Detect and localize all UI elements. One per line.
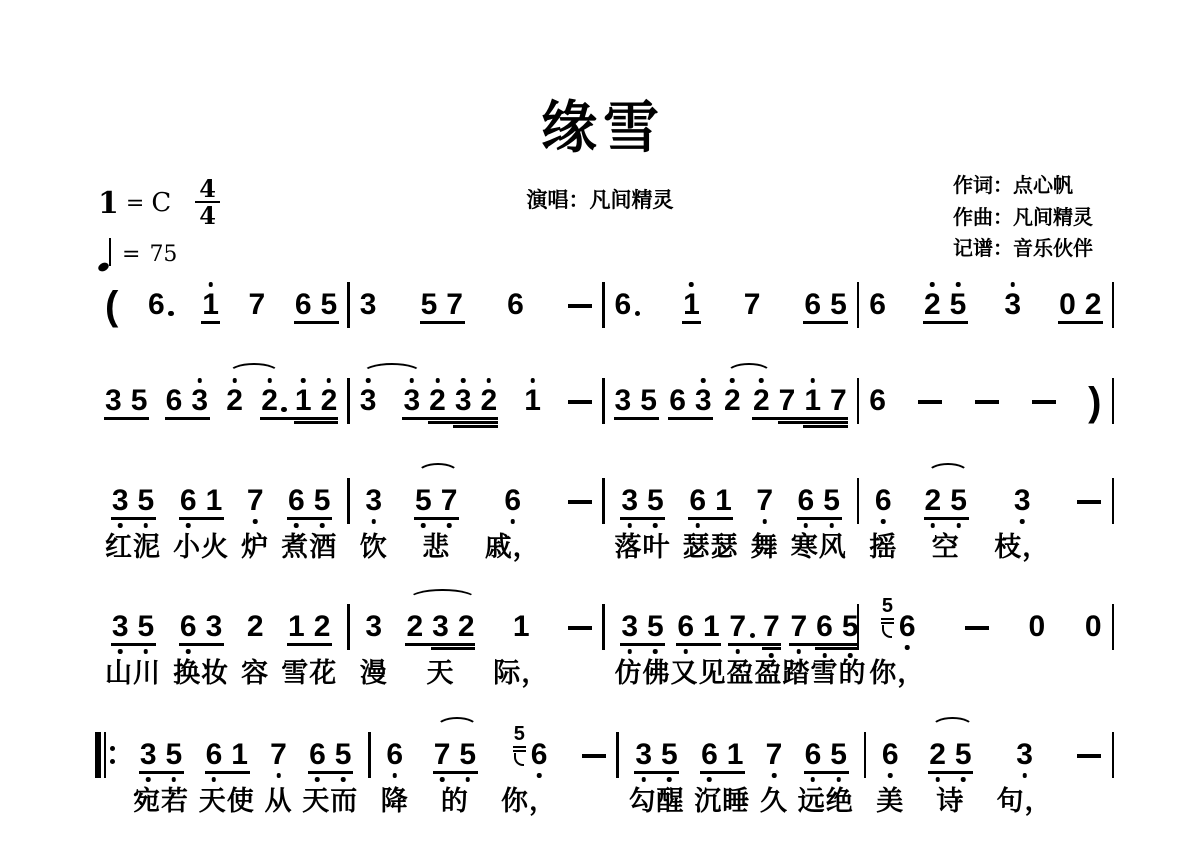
measure: 35山川63换妆2容12雪花 <box>95 612 347 690</box>
note: 2 <box>924 290 941 320</box>
grace-hook <box>882 625 892 638</box>
note: 6 <box>875 486 892 516</box>
note: 5 <box>950 486 967 516</box>
octave-dot-low <box>118 523 123 528</box>
note: 3 <box>140 740 157 770</box>
lyric-text: 红泥 <box>105 530 161 564</box>
note: 1 <box>513 612 530 642</box>
note-group: 6 <box>869 386 886 416</box>
note-digits: 2 <box>724 386 741 416</box>
note: 3 <box>621 486 638 516</box>
notes-row: 35山川63换妆2容12雪花3漫232天1际，35仿佛61又见77盈盈765踏雪… <box>95 612 1114 690</box>
note: 3 <box>360 386 377 416</box>
note: 6 <box>805 740 822 770</box>
lyric-text: 摇 <box>869 530 897 564</box>
octave-dot-high <box>208 282 213 287</box>
octave-dot-low <box>772 773 777 778</box>
note: 6 <box>677 612 694 642</box>
note-group: 6 <box>615 290 640 320</box>
octave-dot-high <box>301 378 306 383</box>
beam-line <box>453 425 498 428</box>
note-digits: 65 <box>805 740 847 770</box>
lyric-text: 雪花 <box>281 656 337 690</box>
beam-line <box>752 417 848 420</box>
note: 6 <box>309 740 326 770</box>
note-group: 63换妆 <box>173 612 229 690</box>
note-digits: 1 <box>524 386 541 416</box>
note-digits: 25 <box>929 740 971 770</box>
note-digits: 7 <box>249 290 266 320</box>
grace-note: 5 <box>879 612 895 642</box>
note: 0 <box>1085 612 1102 642</box>
lyric-text: 戚， <box>485 530 541 564</box>
octave-dot-high <box>487 378 492 383</box>
duration-dash <box>568 626 592 631</box>
octave-dot-low <box>1020 519 1025 524</box>
duration-dash <box>1032 400 1056 405</box>
score-line: 35宛若61天使7从65天而6降75的56你，35勾醒61沉睡7久65远绝6美2… <box>95 714 1114 818</box>
beam-line <box>405 643 475 646</box>
note-digits: 3 <box>1016 740 1033 770</box>
lyric-text: 句， <box>997 784 1053 818</box>
score-area: (617653576617656253023563221233232135632… <box>0 0 1200 850</box>
note: 5 <box>138 612 155 642</box>
note: 6 <box>288 486 305 516</box>
notes-row: (61765357661765625302 <box>95 290 1114 328</box>
note-group: 35仿佛 <box>615 612 671 690</box>
note: 7 <box>729 612 746 642</box>
note: 5 <box>830 740 847 770</box>
note: 7 <box>744 290 761 320</box>
octave-dot-low <box>294 523 299 528</box>
note: 2 <box>724 386 741 416</box>
note: 7 <box>441 486 458 516</box>
note-group: 765踏雪的 <box>783 612 867 690</box>
beam-line <box>179 643 224 646</box>
note: 3 <box>621 612 638 642</box>
octave-dot-high <box>530 378 535 383</box>
score-line: 35红泥61小火7炉65煮酒3饮57悲6戚，35落叶61瑟瑟7舞65寒风6摇25… <box>95 460 1114 564</box>
note-group: 7 <box>744 290 761 320</box>
note-digits: 6 <box>869 290 886 320</box>
octave-dot-low <box>1022 773 1027 778</box>
note-group: 35红泥 <box>105 486 161 564</box>
grace-beam <box>513 746 526 748</box>
octave-dot-high <box>435 378 440 383</box>
lyric-text: 天而 <box>302 784 358 818</box>
dash-unit <box>568 486 592 552</box>
octave-dot-low <box>667 777 672 782</box>
note-group: 7久 <box>760 740 788 818</box>
note-group: 6 <box>148 290 173 320</box>
note-digits: 63 <box>180 612 222 642</box>
note: 5 <box>950 290 967 320</box>
lyric-text: 炉 <box>241 530 269 564</box>
note-group: 7舞 <box>751 486 779 564</box>
note-digits: 75 <box>434 740 476 770</box>
measure: (61765 <box>95 290 347 326</box>
beam-line <box>420 321 465 324</box>
slur-arc <box>417 463 459 484</box>
note-digits: 1 <box>202 290 219 320</box>
note-group: 61小火 <box>173 486 229 564</box>
note-group: 0 <box>1085 612 1102 690</box>
repeat-sign-start <box>95 732 115 778</box>
note-digits: 56 <box>511 740 548 770</box>
dash-unit <box>1077 486 1101 552</box>
lyric-text: 悲 <box>422 530 450 564</box>
note: 6 <box>386 740 403 770</box>
note-digits: 6 <box>869 386 886 416</box>
note-group: 65煮酒 <box>281 486 337 564</box>
note-digits: 12 <box>288 612 330 642</box>
octave-dot-high <box>810 378 815 383</box>
octave-dot-low <box>811 777 816 782</box>
octave-dot-low <box>627 523 632 528</box>
note-digits: 77 <box>729 612 779 642</box>
note: 7 <box>247 486 264 516</box>
note-digits: 57 <box>415 486 457 516</box>
measure: 35落叶61瑟瑟7舞65寒风 <box>605 486 857 564</box>
octave-dot-low <box>683 649 688 654</box>
measure: 356322717 <box>605 386 857 416</box>
note-group: 25诗 <box>929 740 971 818</box>
octave-dot-low <box>118 649 123 654</box>
lyric-text: 枝， <box>994 530 1050 564</box>
note-digits: 65 <box>295 290 337 320</box>
note: 3 <box>105 386 122 416</box>
note-digits: 61 <box>677 612 719 642</box>
grace-note-digit: 5 <box>882 597 893 615</box>
beam-line <box>104 417 149 420</box>
note: 5 <box>166 740 183 770</box>
octave-dot-low <box>537 773 542 778</box>
note-group: 6 <box>869 290 886 320</box>
note-group: 65 <box>295 290 337 320</box>
beam-line <box>682 321 701 324</box>
note: 2 <box>247 612 264 642</box>
notes-row: 35红泥61小火7炉65煮酒3饮57悲6戚，35落叶61瑟瑟7舞65寒风6摇25… <box>95 486 1114 564</box>
note: 7 <box>434 740 451 770</box>
note-group: 77盈盈 <box>727 612 783 690</box>
note-group: 56你， <box>501 740 557 818</box>
octave-dot-low <box>653 523 658 528</box>
octave-dot-low <box>276 773 281 778</box>
grace-hook <box>514 753 524 766</box>
note-group: 3句， <box>997 740 1053 818</box>
octave-dot-low <box>961 777 966 782</box>
note-group: 35 <box>615 386 657 416</box>
note-group: 35落叶 <box>615 486 671 564</box>
lyric-text: 仿佛 <box>615 656 671 690</box>
octave-dot-low <box>253 519 258 524</box>
octave-dot-low <box>144 523 149 528</box>
beam-line <box>287 643 332 646</box>
note: 5 <box>321 290 338 320</box>
note-group: 65寒风 <box>791 486 847 564</box>
augmentation-dot <box>635 311 641 317</box>
note-group: 1 <box>202 290 219 320</box>
barline <box>1112 282 1115 328</box>
note: 5 <box>640 386 657 416</box>
note: 3 <box>615 386 632 416</box>
note-digits: 63 <box>166 386 208 416</box>
note-group: 61沉睡 <box>694 740 750 818</box>
beam-line <box>1058 321 1103 324</box>
lyric-text: 你， <box>869 656 925 690</box>
measure: 35红泥61小火7炉65煮酒 <box>95 486 347 564</box>
lyric-text: 远绝 <box>798 784 854 818</box>
beam-line <box>260 417 338 420</box>
sheet-music-page: 缘雪 演唱：凡间精灵 作词：点心帆 作曲：凡间精灵 记谱：音乐伙伴 1 = C … <box>0 0 1200 850</box>
note: 7 <box>763 612 780 642</box>
note: 1 <box>727 740 744 770</box>
note: 3 <box>635 740 652 770</box>
note-group: 0 <box>1029 612 1046 690</box>
note-digits: 3 <box>365 612 382 642</box>
note: 3 <box>455 386 472 416</box>
note: 5 <box>421 290 438 320</box>
beam-line <box>928 771 973 774</box>
note: 0 <box>1059 290 1076 320</box>
note-group: 56你， <box>869 612 925 690</box>
lyric-text: 换妆 <box>173 656 229 690</box>
note: 5 <box>131 386 148 416</box>
note: 1 <box>231 740 248 770</box>
dash-unit <box>1077 740 1101 806</box>
grace-beam <box>881 618 894 620</box>
measure: 6美25诗3句， <box>866 740 1111 818</box>
note-digits: 7 <box>744 290 761 320</box>
beam-line <box>762 647 781 650</box>
octave-dot-low <box>372 519 377 524</box>
augmentation-dot <box>281 407 287 413</box>
slur-arc <box>931 717 973 738</box>
beam-line <box>287 517 332 520</box>
lyric-text: 你， <box>501 784 557 818</box>
note: 5 <box>415 486 432 516</box>
duration-dash <box>965 626 989 631</box>
lyric-text: 又见 <box>671 656 727 690</box>
beam-line <box>676 643 721 646</box>
note-digits: 765 <box>790 612 858 642</box>
beam-line <box>789 643 859 646</box>
octave-dot-low <box>762 519 767 524</box>
note: 3 <box>365 486 382 516</box>
octave-dot-low <box>848 653 853 658</box>
duration-dash <box>582 754 606 759</box>
note-digits: 35 <box>140 740 182 770</box>
note-group: 6 <box>507 290 524 320</box>
beam-line <box>294 421 338 424</box>
octave-dot-low <box>804 523 809 528</box>
note: 6 <box>701 740 718 770</box>
beam-line <box>803 321 848 324</box>
octave-dot-low <box>888 773 893 778</box>
note: 2 <box>925 486 942 516</box>
measure: 6降75的56你， <box>371 740 616 818</box>
octave-dot-low <box>797 649 802 654</box>
duration-dash <box>568 400 592 405</box>
beam-line <box>803 425 848 428</box>
note: 6 <box>180 612 197 642</box>
note: 7 <box>249 290 266 320</box>
measure: 35勾醒61沉睡7久65远绝 <box>619 740 864 818</box>
note: 0 <box>1029 612 1046 642</box>
note-group: 2 <box>226 386 243 416</box>
octave-dot-low <box>146 777 151 782</box>
lyric-text: 空 <box>932 530 960 564</box>
note: 5 <box>955 740 972 770</box>
note: 5 <box>842 612 859 642</box>
note: 7 <box>446 290 463 320</box>
note-group: 3 <box>360 386 377 416</box>
note-group: 63 <box>669 386 711 416</box>
note: 3 <box>365 612 382 642</box>
note: 6 <box>804 290 821 320</box>
note-digits: 6 <box>148 290 173 320</box>
note: 2 <box>321 386 338 416</box>
beam-line <box>294 321 339 324</box>
note-group: 3枝， <box>994 486 1050 564</box>
note-group: 65远绝 <box>798 740 854 818</box>
beam-line <box>634 771 679 774</box>
note-digits: 7 <box>270 740 287 770</box>
octave-dot-low <box>695 523 700 528</box>
duration-dash <box>568 500 592 505</box>
octave-dot-low <box>905 645 910 650</box>
augmentation-dot <box>168 311 174 317</box>
note-digits: 35 <box>112 486 154 516</box>
lyric-text: 山川 <box>105 656 161 690</box>
octave-dot-low <box>186 649 191 654</box>
note-group: 35山川 <box>105 612 161 690</box>
note: 6 <box>869 290 886 320</box>
note-group: 75的 <box>434 740 476 818</box>
measure: 56你，00 <box>859 612 1111 690</box>
note-group: 63 <box>166 386 208 416</box>
note: 5 <box>647 486 664 516</box>
note-digits: 6 <box>504 486 521 516</box>
note-digits: 7 <box>247 486 264 516</box>
note-group: 1际， <box>493 612 549 690</box>
note-digits: 25 <box>924 290 966 320</box>
note-digits: 6 <box>386 740 403 770</box>
note: 6 <box>166 386 183 416</box>
octave-dot-low <box>320 523 325 528</box>
note-group: 6戚， <box>485 486 541 564</box>
note-group: 212 <box>261 386 337 416</box>
note: 3 <box>695 386 712 416</box>
note: 3 <box>1016 740 1033 770</box>
measure: 625302 <box>859 290 1111 320</box>
measure: 35632212 <box>95 386 347 416</box>
note-group: 25空 <box>925 486 967 564</box>
lyric-text: 寒风 <box>791 530 847 564</box>
duration-dash <box>1077 754 1101 759</box>
octave-dot-high <box>956 282 961 287</box>
note-digits: 7 <box>756 486 773 516</box>
duration-dash <box>1077 500 1101 505</box>
note-group: 35宛若 <box>133 740 189 818</box>
beam-line <box>111 517 156 520</box>
note: 2 <box>481 386 498 416</box>
note-digits: 6 <box>882 740 899 770</box>
note-digits: 35 <box>635 740 677 770</box>
beam-line <box>201 321 220 324</box>
note-group: 6美 <box>876 740 904 818</box>
note-digits: 3232 <box>403 386 497 416</box>
beam-line <box>620 643 665 646</box>
note: 2 <box>1085 290 1102 320</box>
beam-line <box>815 647 859 650</box>
note-digits: 02 <box>1059 290 1101 320</box>
note-digits: 61 <box>180 486 222 516</box>
octave-dot-low <box>393 773 398 778</box>
grace-note: 5 <box>511 740 527 770</box>
note-group: 61天使 <box>199 740 255 818</box>
note: 3 <box>112 486 129 516</box>
note-digits: 3 <box>360 386 377 416</box>
beam-line <box>139 771 184 774</box>
lyric-text: 勾醒 <box>629 784 685 818</box>
measure: 6) <box>859 386 1111 422</box>
note: 5 <box>138 486 155 516</box>
octave-dot-low <box>341 777 346 782</box>
note: 2 <box>458 612 475 642</box>
note: 5 <box>830 290 847 320</box>
note: 6 <box>669 386 686 416</box>
notes-row: 35宛若61天使7从65天而6降75的56你，35勾醒61沉睡7久65远绝6美2… <box>95 740 1114 818</box>
note-group: 6降 <box>381 740 409 818</box>
note: 5 <box>823 486 840 516</box>
note-digits: 1 <box>683 290 700 320</box>
measure: 3576 <box>350 290 602 320</box>
barline <box>1112 478 1115 524</box>
note-digits: 1 <box>513 612 530 642</box>
lyric-text: 宛若 <box>133 784 189 818</box>
lyric-text: 小火 <box>173 530 229 564</box>
beam-line <box>620 517 665 520</box>
beam-line <box>308 771 353 774</box>
slur-arc <box>436 717 478 738</box>
note: 3 <box>206 612 223 642</box>
barline <box>1112 732 1115 778</box>
dash-unit <box>1032 386 1056 404</box>
beam-line <box>778 421 848 424</box>
note: 2 <box>753 386 770 416</box>
measure: 6摇25空3枝， <box>859 486 1111 564</box>
score-line: 35山川63换妆2容12雪花3漫232天1际，35仿佛61又见77盈盈765踏雪… <box>95 586 1114 690</box>
note-digits: 3 <box>1014 486 1031 516</box>
duration-dash <box>568 304 592 309</box>
octave-dot-low <box>836 777 841 782</box>
note: 1 <box>804 386 821 416</box>
note-digits: 35 <box>621 612 663 642</box>
beam-line <box>797 517 842 520</box>
note-digits: 65 <box>798 486 840 516</box>
lyric-text: 落叶 <box>615 530 671 564</box>
note-group: 35 <box>105 386 147 416</box>
note: 2 <box>929 740 946 770</box>
note-group: 7从 <box>265 740 293 818</box>
octave-dot-high <box>197 378 202 383</box>
note-group: 1 <box>524 386 541 416</box>
octave-dot-low <box>881 519 886 524</box>
slur-arc <box>726 363 772 384</box>
beam-line <box>414 517 459 520</box>
dash-unit <box>975 386 999 404</box>
